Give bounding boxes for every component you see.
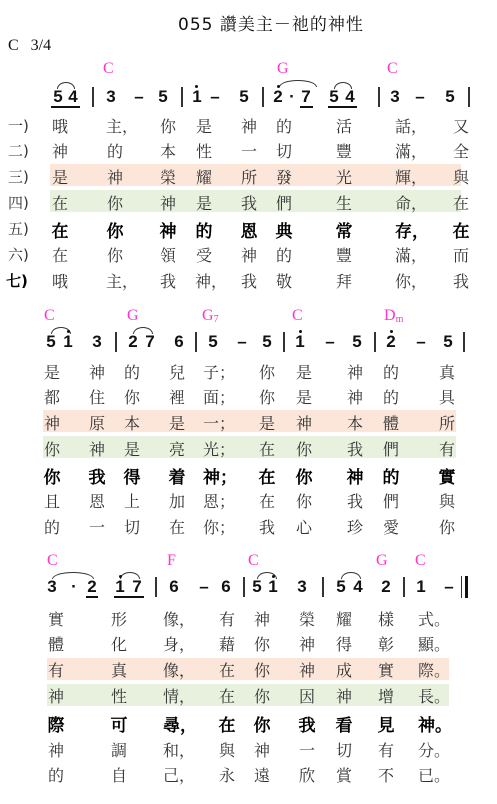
lyric-syllable: 尋， — [163, 711, 181, 736]
note: 5 — [334, 577, 348, 597]
note: 5 — [260, 332, 274, 352]
lyric-syllable: 們 — [382, 489, 400, 512]
lyric-syllable: 主， — [106, 114, 124, 137]
lyric-syllable: 性 — [195, 139, 213, 162]
lyric-syllable: 神 — [51, 139, 69, 162]
lyric-syllable: 滿， — [395, 243, 413, 266]
lyric-syllable: 命， — [395, 191, 413, 214]
lyric-syllable: 長。 — [418, 684, 436, 707]
lyric-syllable: 在 — [51, 191, 69, 214]
lyric-syllable: 你 — [258, 360, 276, 383]
lyric-syllable: 神 — [346, 385, 364, 408]
lyric-syllable: 珍 — [346, 515, 364, 538]
lyric-syllable: 你 — [295, 463, 313, 488]
chord: G — [127, 307, 139, 325]
lyric-syllable: 見 — [377, 711, 395, 736]
verse-label: 六) — [8, 244, 29, 265]
lyric-syllable: 的 — [382, 385, 400, 408]
lyric-syllable: 成 — [335, 658, 353, 681]
lyric-syllable: 而 — [452, 243, 470, 266]
bar-line — [155, 577, 157, 597]
lyric-syllable: 是 — [195, 114, 213, 137]
lyric-syllable: 化 — [110, 632, 128, 655]
dash: – — [132, 87, 146, 107]
lyric-syllable: 彰 — [377, 632, 395, 655]
lyric-syllable: 顯。 — [418, 632, 436, 655]
lyric-syllable: 光； — [203, 437, 221, 460]
lyric-syllable: 着 — [168, 463, 186, 488]
underline-mark — [114, 596, 144, 598]
lyric-syllable: 神 — [253, 607, 271, 630]
lyric-syllable: 有 — [438, 437, 456, 460]
lyric-syllable: 你 — [43, 463, 61, 488]
lyric-syllable: 欣 — [298, 763, 316, 786]
lyric-syllable: 發 — [275, 165, 293, 188]
bar-line — [468, 87, 470, 107]
lyric-syllable: 神 — [88, 360, 106, 383]
lyric-syllable: 神 — [159, 217, 177, 242]
bar-line — [195, 332, 197, 352]
lyric-syllable: 的 — [382, 360, 400, 383]
note: 1 — [113, 577, 127, 597]
lyric-syllable: 我 — [88, 463, 106, 488]
lyric-syllable: 已。 — [418, 763, 436, 786]
lyric-syllable: 們 — [382, 437, 400, 460]
note: 5 — [156, 87, 170, 107]
lyric-syllable: 且 — [43, 489, 61, 512]
lyric-syllable: 神 — [240, 114, 258, 137]
lyric-syllable: 又 — [452, 114, 470, 137]
bar-line — [374, 332, 376, 352]
lyric-syllable: 神 — [253, 738, 271, 761]
lyric-syllable: 你 — [253, 658, 271, 681]
lyric-syllable: 我 — [452, 269, 470, 292]
lyric-syllable: 你 — [106, 243, 124, 266]
lyric-syllable: 拜 — [335, 269, 353, 292]
lyric-syllable: 式。 — [418, 607, 436, 630]
lyric-syllable: 話， — [395, 114, 413, 137]
note: 1 — [293, 332, 307, 352]
lyric-syllable: 的 — [43, 515, 61, 538]
note: 2 — [271, 87, 285, 107]
verse-label: 三) — [8, 166, 29, 187]
lyric-syllable: 你 — [253, 684, 271, 707]
lyric-syllable: 你 — [43, 437, 61, 460]
lyric-syllable: 切 — [275, 139, 293, 162]
lyric-syllable: 你 — [438, 515, 456, 538]
note: 7 — [299, 87, 313, 107]
lyric-syllable: 恩； — [203, 489, 221, 512]
chord: C — [103, 60, 114, 78]
lyric-syllable: 本 — [159, 139, 177, 162]
bar-line — [378, 87, 380, 107]
note: 7 — [130, 577, 144, 597]
lyric-syllable: 耀 — [335, 607, 353, 630]
lyric-syllable: 體 — [382, 411, 400, 434]
chord-root: G — [202, 307, 214, 324]
verse-label: 七) — [6, 270, 28, 291]
note: 7 — [143, 332, 157, 352]
lyric-syllable: 在 — [51, 243, 69, 266]
lyric-syllable: 神 — [47, 738, 65, 761]
lyric-syllable: 都 — [43, 385, 61, 408]
lyric-syllable: 是 — [123, 437, 141, 460]
lyric-syllable: 主， — [106, 269, 124, 292]
time-signature: 3/4 — [31, 37, 51, 54]
dash: – — [197, 577, 211, 597]
note: 5 — [441, 332, 455, 352]
lyric-syllable: 神 — [159, 191, 177, 214]
lyric-syllable: 本 — [123, 411, 141, 434]
lyric-syllable: 本 — [346, 411, 364, 434]
lyric-syllable: 體 — [47, 632, 65, 655]
lyric-syllable: 藉 — [218, 632, 236, 655]
key-time-signature: C 3/4 — [8, 37, 51, 55]
lyric-syllable: 樣 — [377, 607, 395, 630]
lyric-syllable: 你 — [295, 489, 313, 512]
note: 6 — [219, 577, 233, 597]
lyric-syllable: 存， — [395, 217, 413, 242]
chord-quality: 7 — [214, 314, 219, 325]
lyric-syllable: 是 — [295, 385, 313, 408]
lyric-syllable: 你 — [159, 114, 177, 137]
lyric-syllable: 你 — [253, 711, 271, 736]
lyric-syllable: 們 — [275, 191, 293, 214]
dash: – — [413, 87, 427, 107]
lyric-syllable: 的 — [275, 114, 293, 137]
chord: C — [44, 307, 55, 325]
lyric-syllable: 榮 — [159, 165, 177, 188]
lyric-syllable: 一 — [298, 738, 316, 761]
lyric-syllable: 與 — [218, 738, 236, 761]
lyric-syllable: 恩 — [240, 217, 258, 242]
lyric-syllable: 受 — [195, 243, 213, 266]
lyric-syllable: 你 — [106, 217, 124, 242]
lyric-syllable: 所 — [438, 411, 456, 434]
lyric-syllable: 所 — [240, 165, 258, 188]
chord: C — [292, 307, 303, 325]
lyric-syllable: 你 — [253, 632, 271, 655]
lyric-syllable: 可 — [110, 711, 128, 736]
lyric-syllable: 是 — [43, 360, 61, 383]
note: 5 — [250, 577, 264, 597]
lyric-syllable: 在 — [258, 489, 276, 512]
note: 4 — [343, 87, 357, 107]
lyric-syllable: 我 — [258, 515, 276, 538]
lyric-syllable: 你， — [395, 269, 413, 292]
verse-label: 四) — [8, 192, 29, 213]
lyric-syllable: 你 — [295, 437, 313, 460]
lyric-syllable: 你 — [258, 385, 276, 408]
lyric-syllable: 和， — [163, 738, 181, 761]
dot-extension: · — [67, 577, 81, 597]
lyric-syllable: 神 — [298, 632, 316, 655]
lyric-syllable: 的 — [106, 139, 124, 162]
bar-line — [283, 332, 285, 352]
dash: – — [414, 332, 428, 352]
lyric-syllable: 像， — [163, 607, 181, 630]
key-signature: C — [8, 37, 19, 54]
lyric-syllable: 實 — [47, 607, 65, 630]
bar-line — [262, 87, 264, 107]
lyric-syllable: 己， — [163, 763, 181, 786]
verse-label: 一) — [8, 115, 29, 136]
lyric-syllable: 在 — [218, 658, 236, 681]
lyric-syllable: 輝， — [395, 165, 413, 188]
note: 5 — [206, 332, 220, 352]
lyric-syllable: 加 — [168, 489, 186, 512]
lyric-syllable: 我 — [159, 269, 177, 292]
lyric-syllable: 神 — [335, 684, 353, 707]
lyric-syllable: 我 — [298, 711, 316, 736]
note: 6 — [172, 332, 186, 352]
underline-mark — [51, 106, 80, 108]
lyric-syllable: 看 — [335, 711, 353, 736]
lyric-syllable: 是 — [168, 411, 186, 434]
lyric-syllable: 調 — [110, 738, 128, 761]
lyric-syllable: 全 — [452, 139, 470, 162]
note: 1 — [414, 577, 428, 597]
note: 3 — [295, 577, 309, 597]
lyric-syllable: 我 — [240, 269, 258, 292]
lyric-syllable: 際。 — [418, 658, 436, 681]
lyric-syllable: 的 — [123, 360, 141, 383]
lyric-syllable: 亮 — [168, 437, 186, 460]
lyric-syllable: 真 — [438, 360, 456, 383]
lyric-syllable: 永 — [218, 763, 236, 786]
bar-line — [115, 332, 117, 352]
bar-line — [243, 577, 245, 597]
lyric-syllable: 具 — [438, 385, 456, 408]
dash: – — [323, 332, 337, 352]
lyric-syllable: 與 — [438, 489, 456, 512]
lyric-syllable: 神 — [43, 411, 61, 434]
lyric-syllable: 情， — [163, 684, 181, 707]
lyric-syllable: 在 — [258, 437, 276, 460]
chord: C — [415, 552, 426, 570]
note: 3 — [104, 87, 118, 107]
lyric-syllable: 得 — [335, 632, 353, 655]
note: 2 — [384, 332, 398, 352]
lyric-syllable: 面； — [203, 385, 221, 408]
lyric-syllable: 實 — [438, 463, 456, 488]
lyric-syllable: 常 — [335, 217, 353, 242]
song-title: 055 讚美主－祂的神性 — [178, 10, 364, 35]
underline-mark — [86, 596, 98, 598]
underline-mark — [328, 106, 357, 108]
lyric-syllable: 因 — [298, 684, 316, 707]
lyric-syllable: 性 — [110, 684, 128, 707]
lyric-syllable: 恩 — [88, 489, 106, 512]
lyric-syllable: 上 — [123, 489, 141, 512]
lyric-syllable: 神 — [88, 437, 106, 460]
lyric-syllable: 分。 — [418, 738, 436, 761]
note: 3 — [388, 87, 402, 107]
lyric-syllable: 生 — [335, 191, 353, 214]
lyric-syllable: 形 — [110, 607, 128, 630]
lyric-syllable: 愛 — [382, 515, 400, 538]
lyric-syllable: 是 — [195, 191, 213, 214]
note: 3 — [45, 577, 59, 597]
lyric-syllable: 神 — [106, 165, 124, 188]
lyric-syllable: 裡 — [168, 385, 186, 408]
verse-label: 五) — [8, 218, 29, 239]
lyric-syllable: 賞 — [335, 763, 353, 786]
dot-extension: · — [285, 87, 299, 107]
lyric-syllable: 滿， — [395, 139, 413, 162]
chord: Dm — [384, 307, 403, 325]
lyric-syllable: 不 — [377, 763, 395, 786]
dash: – — [208, 87, 222, 107]
lyric-syllable: 在 — [218, 684, 236, 707]
chord: C — [387, 60, 398, 78]
dash: – — [442, 577, 456, 597]
chord: G — [376, 552, 388, 570]
chord: C — [47, 552, 58, 570]
bar-line — [181, 87, 183, 107]
lyric-syllable: 耀 — [195, 165, 213, 188]
note: 5 — [237, 87, 251, 107]
chord: G — [277, 60, 289, 78]
note: 1 — [61, 332, 75, 352]
note: 5 — [327, 87, 341, 107]
lyric-syllable: 切 — [123, 515, 141, 538]
lyric-syllable: 在 — [168, 515, 186, 538]
lyric-syllable: 兒 — [168, 360, 186, 383]
lyric-syllable: 豐 — [335, 139, 353, 162]
lyric-syllable: 神 — [295, 411, 313, 434]
lyric-syllable: 神。 — [418, 711, 436, 736]
dash: – — [235, 332, 249, 352]
lyric-syllable: 有 — [218, 607, 236, 630]
lyric-syllable: 神 — [346, 463, 364, 488]
lyric-syllable: 的 — [382, 463, 400, 488]
lyric-syllable: 原 — [88, 411, 106, 434]
note: 6 — [167, 577, 181, 597]
lyric-syllable: 在 — [258, 463, 276, 488]
note: 5 — [44, 332, 58, 352]
lyric-syllable: 一 — [88, 515, 106, 538]
lyric-syllable: 哦 — [51, 269, 69, 292]
bar-line — [92, 87, 94, 107]
lyric-syllable: 實 — [377, 658, 395, 681]
lyric-syllable: 一 — [240, 139, 258, 162]
lyric-syllable: 活 — [335, 114, 353, 137]
note: 3 — [90, 332, 104, 352]
lyric-syllable: 遠 — [253, 763, 271, 786]
lyric-syllable: 際 — [47, 711, 65, 736]
slur-mark — [279, 80, 317, 87]
lyric-syllable: 神， — [195, 269, 213, 292]
chord-root: D — [384, 307, 396, 324]
lyric-syllable: 哦 — [51, 114, 69, 137]
bar-line — [322, 577, 324, 597]
bar-line — [463, 332, 465, 352]
lyric-syllable: 自 — [110, 763, 128, 786]
lyric-syllable: 你 — [106, 191, 124, 214]
lyric-syllable: 榮 — [298, 607, 316, 630]
lyric-syllable: 神 — [298, 658, 316, 681]
lyric-syllable: 典 — [275, 217, 293, 242]
lyric-syllable: 領 — [159, 243, 177, 266]
lyric-syllable: 我 — [240, 191, 258, 214]
lyric-syllable: 真 — [110, 658, 128, 681]
lyric-syllable: 身， — [163, 632, 181, 655]
chord: G7 — [202, 307, 219, 325]
note: 2 — [126, 332, 140, 352]
lyric-syllable: 在 — [452, 191, 470, 214]
lyric-syllable: 在 — [452, 217, 470, 242]
lyric-syllable: 有 — [377, 738, 395, 761]
lyric-syllable: 你 — [123, 385, 141, 408]
lyric-syllable: 切 — [335, 738, 353, 761]
note: 1 — [190, 87, 204, 107]
lyric-syllable: 有 — [47, 658, 65, 681]
lyric-syllable: 神 — [240, 243, 258, 266]
lyric-syllable: 在 — [218, 711, 236, 736]
note: 4 — [66, 87, 80, 107]
bar-line — [403, 577, 405, 597]
note: 1 — [266, 577, 280, 597]
lyric-syllable: 我 — [346, 489, 364, 512]
note: 2 — [85, 577, 99, 597]
lyric-syllable: 的 — [275, 243, 293, 266]
lyric-syllable: 我 — [346, 437, 364, 460]
lyric-syllable: 心 — [295, 515, 313, 538]
lyric-syllable: 神 — [346, 360, 364, 383]
lyric-syllable: 與 — [452, 165, 470, 188]
lyric-syllable: 像， — [163, 658, 181, 681]
lyric-syllable: 在 — [51, 217, 69, 242]
lyric-syllable: 是 — [258, 411, 276, 434]
lyric-syllable: 的 — [47, 763, 65, 786]
final-bar-line — [461, 576, 466, 598]
note: 5 — [443, 87, 457, 107]
lyric-syllable: 光 — [335, 165, 353, 188]
note: 2 — [379, 577, 393, 597]
lyric-syllable: 是 — [295, 360, 313, 383]
lyric-syllable: 一； — [203, 411, 221, 434]
lyric-syllable: 住 — [88, 385, 106, 408]
lyric-syllable: 的 — [195, 217, 213, 242]
note: 4 — [351, 577, 365, 597]
note: 5 — [51, 87, 65, 107]
lyric-syllable: 你； — [203, 515, 221, 538]
verse-label: 二) — [8, 140, 29, 161]
lyric-syllable: 神； — [203, 463, 221, 488]
lyric-syllable: 豐 — [335, 243, 353, 266]
lyric-syllable: 是 — [51, 165, 69, 188]
note: 5 — [350, 332, 364, 352]
chord-quality: m — [396, 314, 404, 325]
lyric-syllable: 神 — [47, 684, 65, 707]
chord: C — [248, 552, 259, 570]
lyric-syllable: 增 — [377, 684, 395, 707]
lyric-syllable: 子； — [203, 360, 221, 383]
lyric-syllable: 敬 — [275, 269, 293, 292]
lyric-syllable: 得 — [123, 463, 141, 488]
chord: F — [167, 552, 176, 570]
underline-mark — [300, 106, 313, 108]
